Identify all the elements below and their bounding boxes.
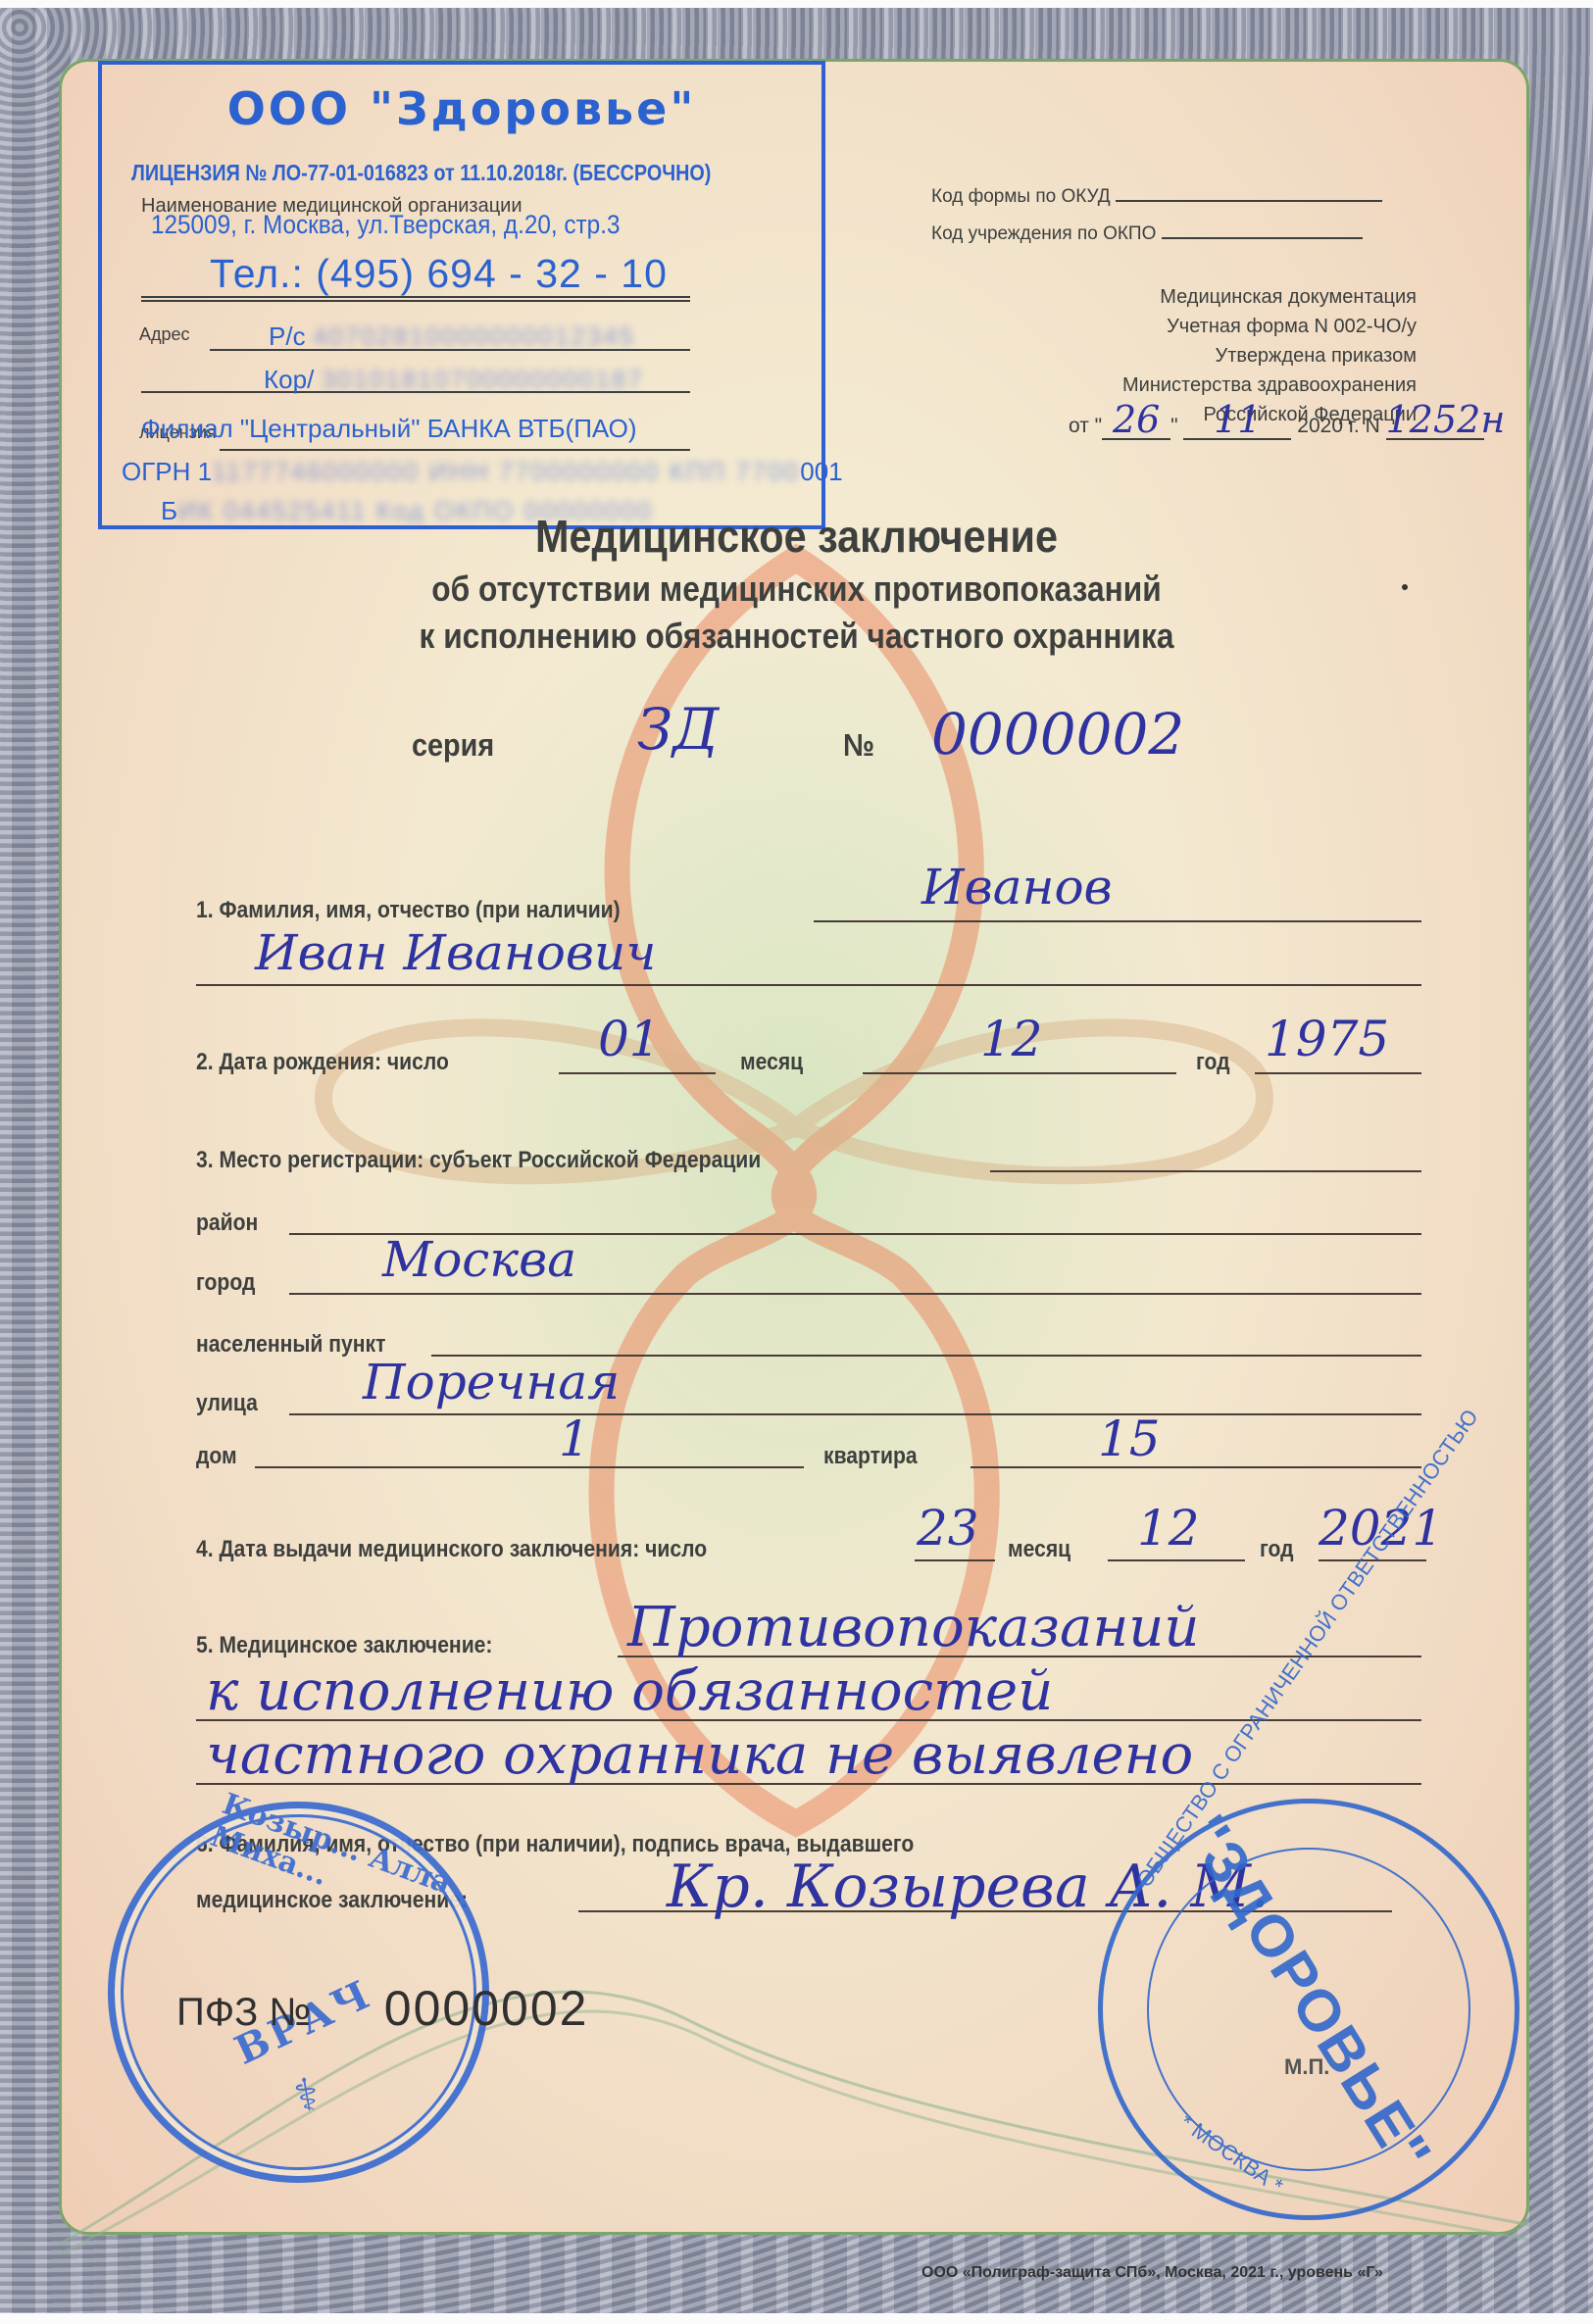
issue-month: 12 bbox=[1137, 1499, 1200, 1558]
dob-year-line bbox=[1255, 1072, 1421, 1074]
dob-month-line bbox=[863, 1072, 1176, 1074]
conclusion-label: 5. Медицинское заключение: bbox=[196, 1632, 492, 1659]
city: Москва bbox=[382, 1230, 576, 1289]
dob-day-line bbox=[559, 1072, 716, 1074]
dob-label: 2. Дата рождения: число bbox=[196, 1049, 449, 1076]
reg-row: 3. Место регистрации: субъект Российской… bbox=[196, 1127, 1421, 1176]
dob-row: 2. Дата рождения: число 01 месяц 12 год … bbox=[196, 1029, 1421, 1078]
conclusion-row: 5. Медицинское заключение: Противопоказа… bbox=[196, 1612, 1421, 1661]
printer-imprint: ООО «Полиграф-защита СПб», Москва, 2021 … bbox=[921, 2264, 1383, 2282]
district-label: район bbox=[196, 1210, 258, 1237]
conclusion-line-3: частного охранника не выявлено bbox=[206, 1726, 1193, 1785]
city-label: город bbox=[196, 1269, 255, 1297]
issue-day-line bbox=[915, 1559, 995, 1561]
pfz-number: ПФЗ № 0000002 bbox=[176, 1980, 588, 2037]
issue-month-line bbox=[1108, 1559, 1245, 1561]
district-row: район bbox=[196, 1190, 1421, 1239]
fio-label: 1. Фамилия, имя, отчество (при наличии) bbox=[196, 897, 621, 924]
fio-name-patronymic: Иван Иванович bbox=[255, 923, 656, 982]
organization-round-stamp: ОБЩЕСТВО С ОГРАНИЧЕННОЙ ОТВЕТСТВЕННОСТЬЮ… bbox=[1098, 1799, 1519, 2220]
fio-line-2 bbox=[196, 984, 1421, 986]
conclusion-line-1: Противопоказаний bbox=[627, 1599, 1199, 1657]
apt-label: квартира bbox=[823, 1443, 918, 1470]
street: Поречная bbox=[363, 1353, 620, 1411]
issue-month-label: месяц bbox=[1008, 1536, 1070, 1563]
pfz-label: ПФЗ № bbox=[176, 1991, 311, 2034]
reg-label: 3. Место регистрации: субъект Российской… bbox=[196, 1147, 761, 1174]
house: 1 bbox=[559, 1409, 590, 1468]
pfz-value: 0000002 bbox=[384, 1981, 589, 2036]
seal-place-label: М.П. bbox=[1284, 2054, 1329, 2080]
street-line bbox=[289, 1413, 1421, 1415]
fio-row: 1. Фамилия, имя, отчество (при наличии) … bbox=[196, 877, 1421, 926]
dob-day: 01 bbox=[598, 1010, 661, 1068]
month-label: месяц bbox=[740, 1049, 803, 1076]
settlement-label: населенный пункт bbox=[196, 1331, 385, 1359]
apt: 15 bbox=[1098, 1409, 1161, 1468]
city-row: город Москва bbox=[196, 1250, 1421, 1299]
fio-row-2: Иван Иванович bbox=[196, 941, 1421, 990]
dob-month: 12 bbox=[980, 1010, 1043, 1068]
fio-line bbox=[814, 920, 1421, 922]
reg-line bbox=[990, 1170, 1421, 1172]
conclusion-line-2: к исполнению обязанностей bbox=[206, 1662, 1053, 1721]
issue-year-label: год bbox=[1260, 1536, 1294, 1563]
house-line bbox=[255, 1466, 804, 1468]
issue-date-row: 4. Дата выдачи медицинского заключения: … bbox=[196, 1516, 1421, 1565]
address-label: Адрес bbox=[139, 324, 190, 345]
street-label: улица bbox=[196, 1390, 258, 1417]
fio-surname: Иванов bbox=[921, 858, 1113, 916]
dob-year: 1975 bbox=[1265, 1010, 1389, 1068]
issue-label: 4. Дата выдачи медицинского заключения: … bbox=[196, 1536, 707, 1563]
house-label: дом bbox=[196, 1443, 237, 1470]
issue-day: 23 bbox=[917, 1499, 979, 1558]
street-row: улица Поречная bbox=[196, 1370, 1421, 1419]
year-label: год bbox=[1196, 1049, 1230, 1076]
conclusion-row-2: к исполнению обязанностей bbox=[196, 1676, 1421, 1725]
apt-line bbox=[971, 1466, 1421, 1468]
city-line bbox=[289, 1293, 1421, 1295]
house-row: дом 1 квартира 15 bbox=[196, 1423, 1421, 1472]
caduceus-icon: ⚕ bbox=[290, 2066, 324, 2123]
